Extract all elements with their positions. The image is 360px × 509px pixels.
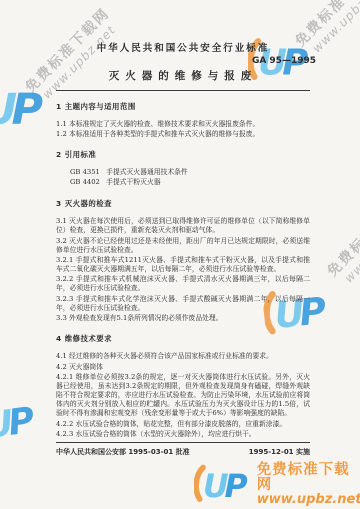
section-heading: 4 维修技术要求 bbox=[56, 333, 310, 344]
paragraph: 3.2.2 手提式和推车式机械泡沫灭火器、手提式清水灭火器期满三年，以后每隔二年… bbox=[56, 275, 310, 293]
reference-title: 手提式灭火器通用技术条件 bbox=[106, 168, 188, 176]
reference-title: 手提式干粉灭火器 bbox=[106, 178, 160, 186]
document-page: 中华人民共和国公共安全行业标准 GA 95—1995 灭火器的维修与报废 1 主… bbox=[0, 0, 360, 509]
paragraph: 3.2.3 手提式和推车式化学泡沫灭火器、手提式酸碱灭火器期满二年，以后每隔一年… bbox=[56, 295, 310, 313]
section-heading: 1 主题内容与适用范围 bbox=[56, 101, 310, 112]
paragraph: 4.2 灭火器筒体 bbox=[56, 363, 310, 372]
paragraph: 1.1 本标准规定了灭火器的检查、维修技术要求和灭火器报废条件。 bbox=[56, 120, 310, 129]
standard-type: 中华人民共和国公共安全行业标准 bbox=[56, 40, 310, 54]
section-maintenance-requirements: 4 维修技术要求 4.1 经过维修的各种灭火器必须符合该产品国家标准或行业标准的… bbox=[56, 333, 310, 439]
section-inspection: 3 灭火器的检查 3.1 灭火器在每次使用后，必须送到已取得维修许可证的维修单位… bbox=[56, 198, 310, 323]
paragraph: 4.1 经过维修的各种灭火器必须符合该产品国家标准或行业标准的要求。 bbox=[56, 352, 310, 361]
section-heading: 3 灭火器的检查 bbox=[56, 198, 310, 209]
paragraph: 3.2.1 手提式和推车式1211灭火器、手提式和推车式干粉灭火器，以及手提式和… bbox=[56, 256, 310, 274]
paragraph: 3.1 灭火器在每次使用后，必须送到已取得维修许可证的维修单位（以下简称维修单位… bbox=[56, 217, 310, 235]
standard-code: GA 95—1995 bbox=[56, 56, 316, 66]
paragraph: 3.2 灭火器不论已经使用过还是未经使用，距出厂的年月已达规定期限时，必须送维修… bbox=[56, 237, 310, 255]
reference-row: GB 4402 手提式干粉灭火器 bbox=[70, 178, 310, 188]
footer: 中华人民共和国公安部 1995-03-01 批准 1995-12-01 实施 bbox=[56, 442, 310, 457]
paragraph: 4.2.2 水压试验合格的筒体，贴花完整，但有部分漆皮脱落的，应重新涂漆。 bbox=[56, 420, 310, 429]
footer-implementation: 1995-12-01 实施 bbox=[249, 447, 310, 457]
paragraph: 3.3 外观检查发现有5.1条所列情况的必须作废品处理。 bbox=[56, 314, 310, 323]
paragraph: 1.2 本标准适用于各种类型的手提式和推车式灭火器的维修与报废。 bbox=[56, 130, 310, 139]
page-title: 灭火器的维修与报废 bbox=[56, 68, 310, 83]
section-heading: 2 引用标准 bbox=[56, 149, 310, 160]
section-references: 2 引用标准 GB 4351 手提式灭火器通用技术条件 GB 4402 手提式干… bbox=[56, 149, 310, 188]
footer-approval: 中华人民共和国公安部 1995-03-01 批准 bbox=[56, 447, 190, 457]
header-divider bbox=[56, 90, 310, 91]
reference-code: GB 4402 bbox=[70, 178, 104, 188]
paragraph: 4.2.1 维修单位必须按3.2条的规定，逐一对灭火器筒体进行水压试验。另外，灭… bbox=[56, 373, 310, 418]
section-scope: 1 主题内容与适用范围 1.1 本标准规定了灭火器的检查、维修技术要求和灭火器报… bbox=[56, 101, 310, 139]
reference-code: GB 4351 bbox=[70, 168, 104, 178]
paragraph: 4.2.3 水压试验合格的筒体（水型的灭火器除外），均应进行烘干。 bbox=[56, 430, 310, 439]
reference-row: GB 4351 手提式灭火器通用技术条件 bbox=[70, 168, 310, 178]
